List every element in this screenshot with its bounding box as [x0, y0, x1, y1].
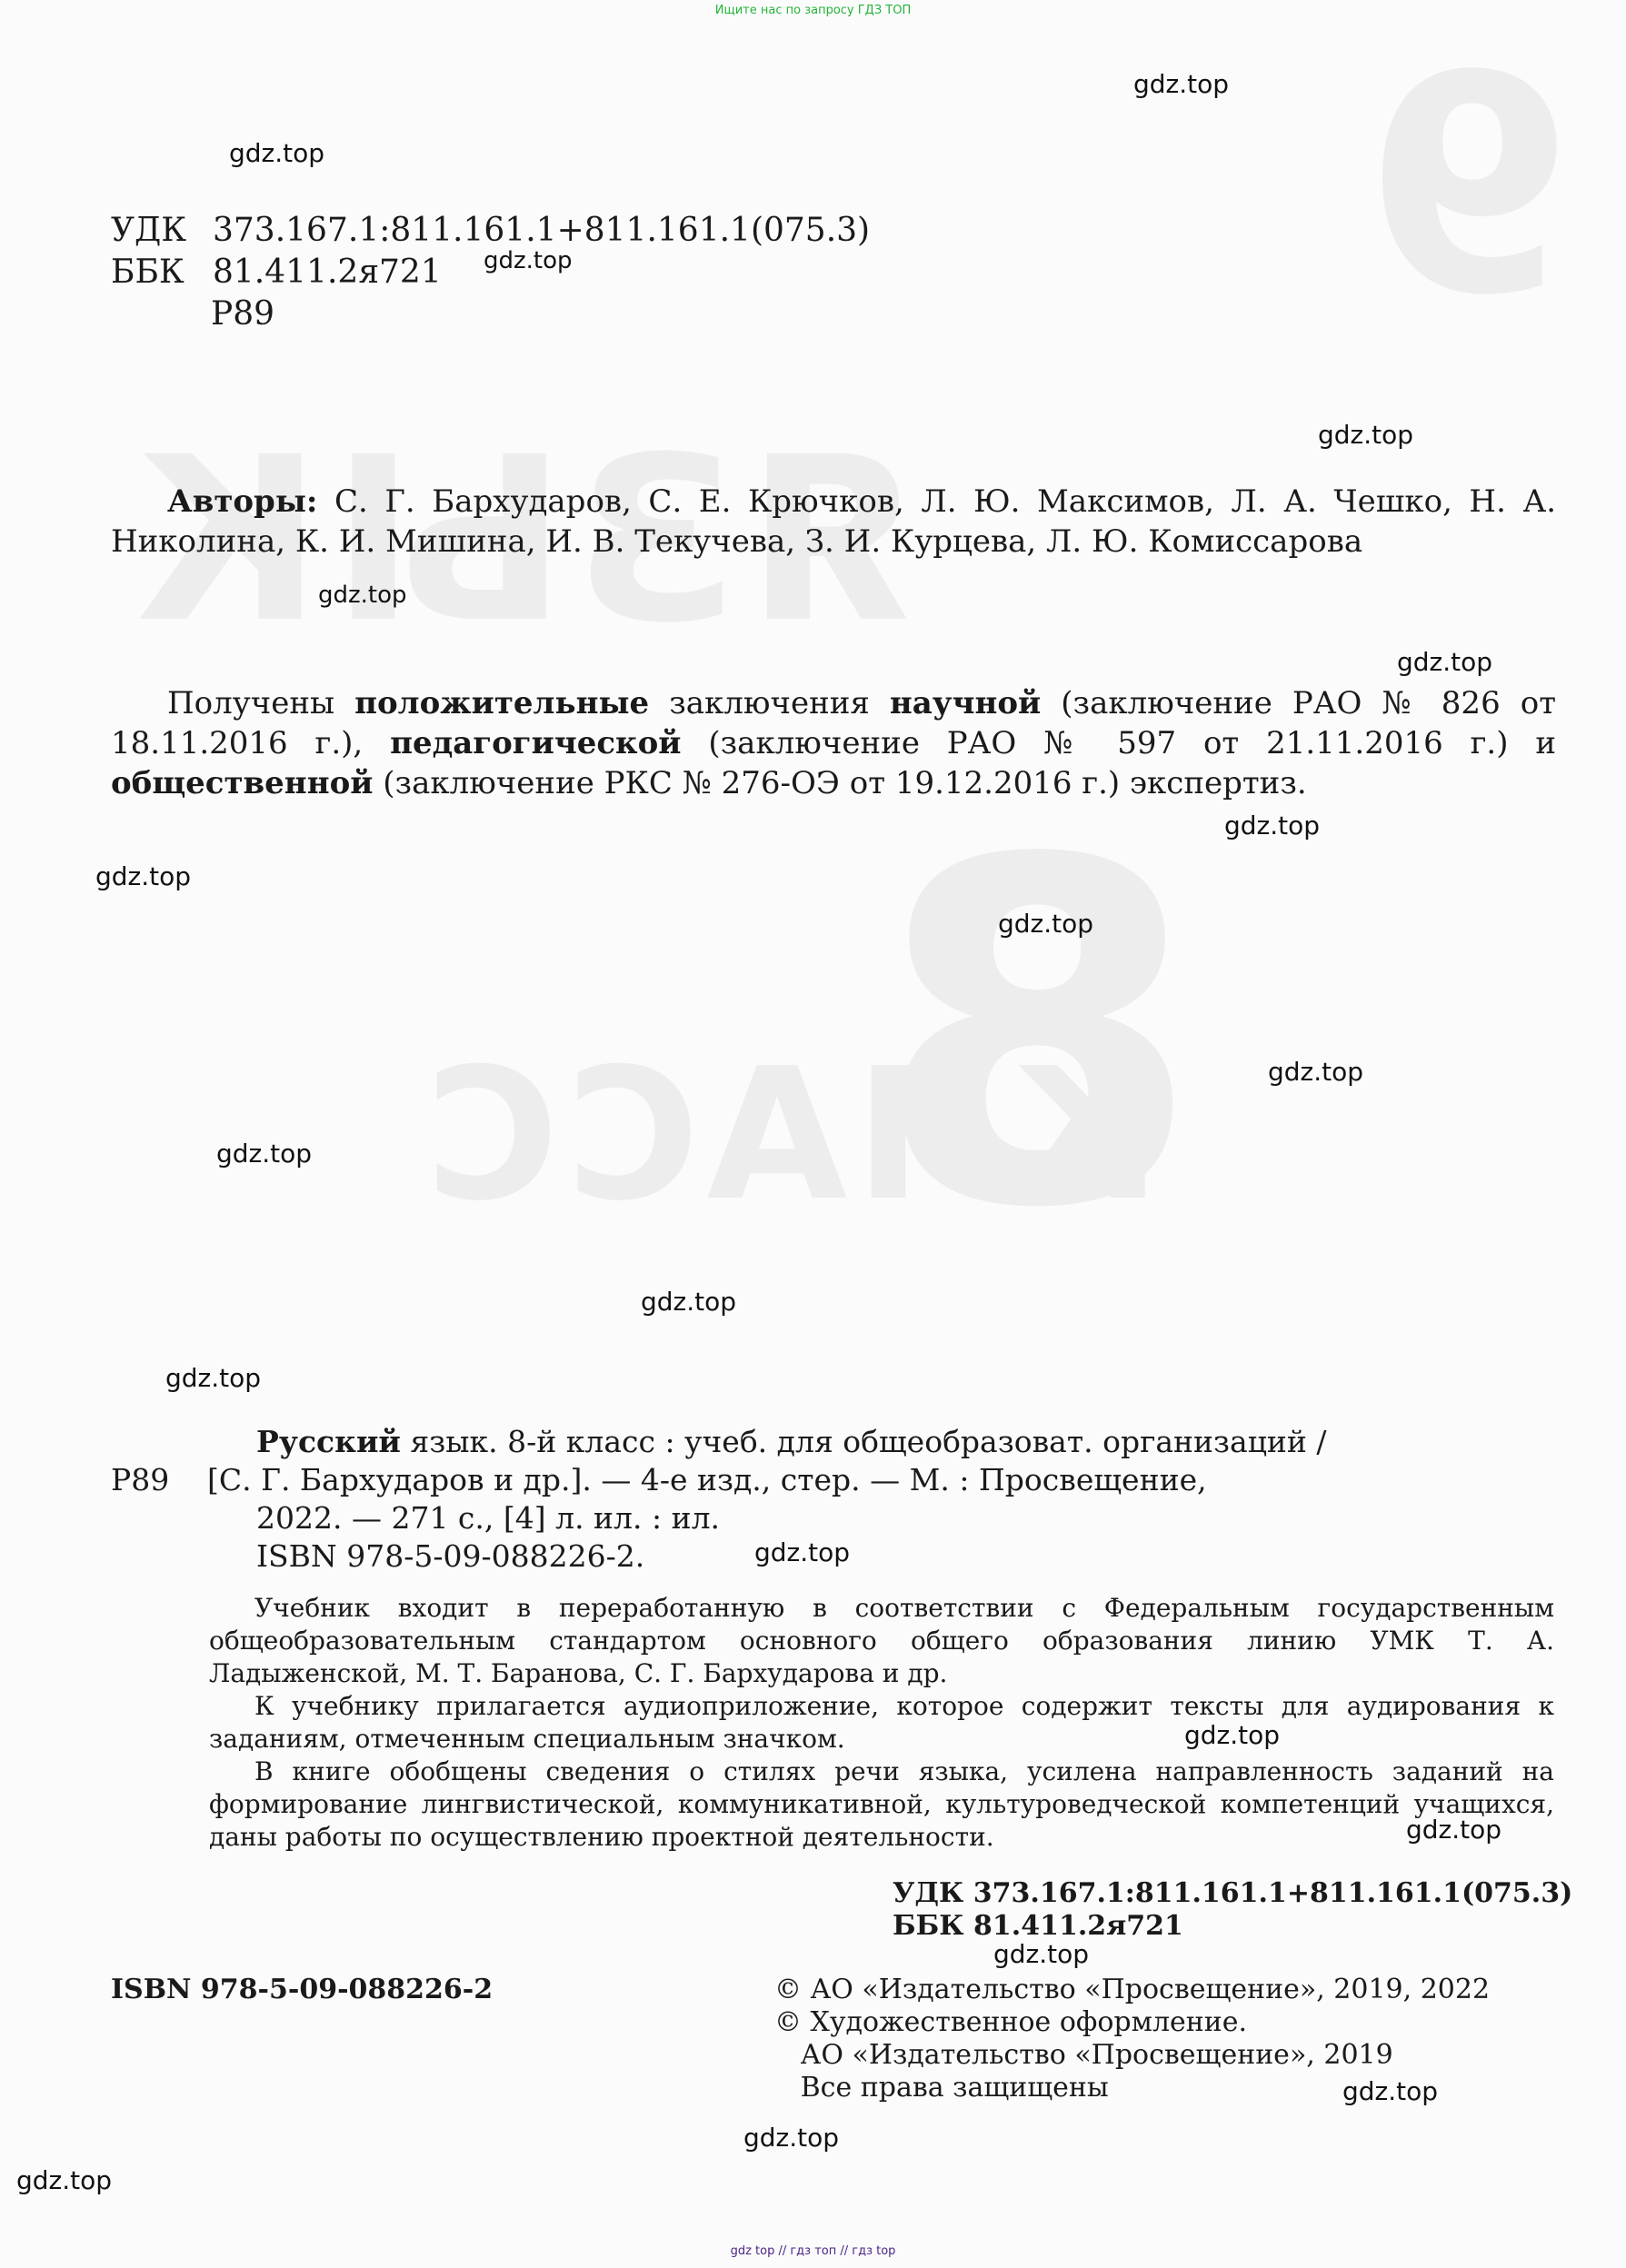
biblio-title: Русский	[256, 1424, 401, 1459]
authors-names: С. Г. Бархударов, С. Е. Крючков, Л. Ю. М…	[111, 483, 1556, 560]
watermark: gdz.top	[641, 1287, 736, 1317]
watermark: gdz.top	[743, 2123, 839, 2153]
annotation-paragraph-3: В книге обобщены сведения о стилях речи …	[209, 1756, 1554, 1854]
authors-paragraph: Авторы: С. Г. Бархударов, С. Е. Крючков,…	[111, 482, 1556, 562]
approvals-bold: общественной	[111, 765, 373, 801]
approvals-bold: научной	[890, 685, 1041, 721]
biblio-line1-text: язык. 8-й класс : учеб. для общеобразова…	[401, 1424, 1327, 1459]
top-search-banner[interactable]: Ищите нас по запросу ГДЗ ТОП	[0, 4, 1626, 17]
watermark: gdz.top	[1397, 647, 1492, 677]
copyright-line-1: © АО «Издательство «Просвещение», 2019, …	[774, 1974, 1490, 2005]
approvals-text: (заключение РАО № 597 от 21.11.2016 г.) …	[682, 725, 1556, 761]
biblio-line-3: 2022. — 271 с., [4] л. ил. : ил.	[256, 1499, 720, 1537]
watermark: gdz.top	[229, 138, 324, 168]
watermark: gdz.top	[1184, 1720, 1280, 1750]
annotation-paragraph-2: К учебнику прилагается аудиоприложение, …	[209, 1690, 1554, 1756]
udk-bottom: УДК 373.167.1:811.161.1+811.161.1(075.3)	[893, 1877, 1572, 1909]
copyright-line-4: Все права защищены	[774, 2072, 1109, 2104]
biblio-isbn: ISBN 978-5-09-088226-2.	[256, 1537, 644, 1576]
watermark: gdz.top	[754, 1537, 850, 1567]
bbk-value: 81.411.2я721	[213, 254, 442, 291]
watermark: gdz.top	[1133, 69, 1229, 99]
authors-label: Авторы:	[167, 483, 317, 520]
udk-label: УДК	[111, 211, 213, 251]
watermark: gdz.top	[1224, 811, 1320, 841]
watermark: gdz.top	[1342, 2076, 1438, 2106]
watermark: gdz.top	[993, 1939, 1089, 1969]
biblio-line-1: Русский язык. 8-й класс : учеб. для обще…	[256, 1423, 1327, 1461]
annotation-paragraph-1: Учебник входит в переработанную в соотве…	[209, 1592, 1554, 1690]
watermark: gdz.top	[1318, 420, 1413, 450]
bottom-site-banner[interactable]: gdz top // гдз топ // гдз top	[0, 2244, 1626, 2258]
cover-showthrough-digit-top: 9	[1363, 36, 1572, 336]
watermark: gdz.top	[216, 1139, 312, 1169]
approvals-text: (заключение РКС № 276-ОЭ от 19.12.2016 г…	[373, 765, 1306, 801]
bbk-top: ББК81.411.2я721	[111, 253, 442, 293]
annotation: Учебник входит в переработанную в соотве…	[209, 1592, 1554, 1854]
watermark: gdz.top	[484, 247, 573, 274]
approvals-bold: педагогической	[390, 725, 681, 761]
cover-showthrough-class: КЛАСС	[418, 1045, 1162, 1227]
approvals-bold: положительные	[354, 685, 649, 721]
watermark: gdz.top	[165, 1363, 261, 1393]
bbk-bottom: ББК 81.411.2я721	[893, 1910, 1183, 1942]
watermark: gdz.top	[1406, 1815, 1501, 1845]
watermark: gdz.top	[998, 909, 1093, 939]
approvals-text: Получены	[167, 685, 354, 721]
bbk-label: ББК	[111, 253, 213, 293]
watermark: gdz.top	[1268, 1057, 1363, 1087]
watermark: gdz.top	[16, 2165, 112, 2195]
udk-value: 373.167.1:811.161.1+811.161.1(075.3)	[213, 212, 870, 249]
approvals-paragraph: Получены положительные заключения научно…	[111, 683, 1556, 803]
copyright-line-2: © Художественное оформление.	[774, 2006, 1247, 2038]
biblio-line-2: [С. Г. Бархударов и др.]. — 4-е изд., ст…	[207, 1461, 1207, 1499]
author-mark-top: Р89	[211, 294, 274, 334]
approvals-text: заключения	[649, 685, 890, 721]
watermark: gdz.top	[318, 582, 407, 609]
isbn-bottom: ISBN 978-5-09-088226-2	[111, 1974, 493, 2005]
biblio-author-mark: Р89	[111, 1461, 169, 1499]
udk-top: УДК373.167.1:811.161.1+811.161.1(075.3)	[111, 211, 870, 251]
copyright-line-3: АО «Издательство «Просвещение», 2019	[774, 2039, 1393, 2071]
watermark: gdz.top	[95, 861, 191, 891]
